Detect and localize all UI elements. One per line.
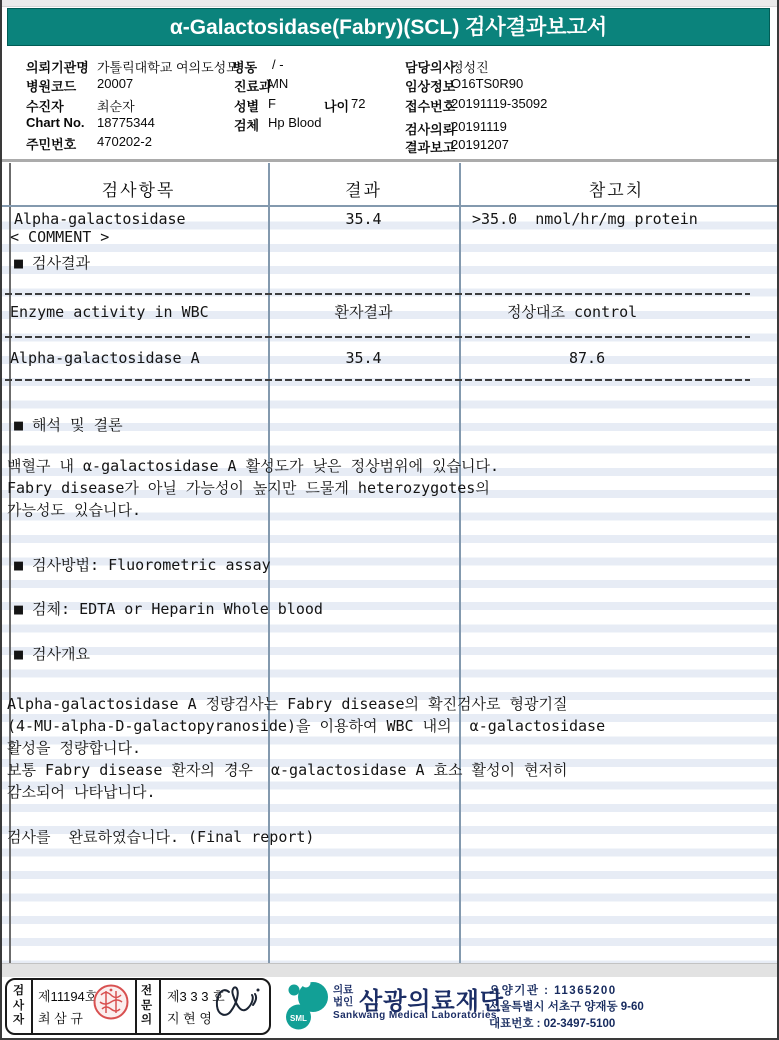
value-chart-no: 18775344	[97, 115, 155, 130]
wbc-row-item: Alpha-galactosidase A	[10, 350, 200, 367]
label-sex: 성별	[234, 96, 259, 115]
org-name-english: Sankwang Medical Laboratories	[333, 1010, 497, 1021]
value-doctor: 정성진	[451, 57, 489, 76]
wbc-row-result: 35.4	[268, 350, 459, 367]
table-header-underline	[2, 205, 777, 207]
report-title: α-Galactosidase(Fabry)(SCL) 검사결과보고서	[7, 8, 770, 46]
table-col-divider-2	[459, 163, 461, 963]
org-phone: 대표번호 : 02-3497-5100	[489, 1015, 615, 1031]
overview-line: 감소되어 나타납니다.	[7, 784, 155, 801]
lab-report-page: α-Galactosidase(Fabry)(SCL) 검사결과보고서 의뢰기관…	[0, 0, 779, 1040]
label-receipt-no: 접수번호	[405, 96, 455, 115]
label-clinical-info: 임상정보	[405, 76, 455, 95]
signer-box-divider	[31, 980, 33, 1033]
specimen-line: ■ 검체: EDTA or Heparin Whole blood	[14, 601, 323, 618]
section-heading-result: ■ 검사결과	[14, 255, 90, 272]
sml-logo-icon: SML	[285, 980, 331, 1034]
value-report-date: 20191207	[451, 137, 509, 152]
care-org-number: 요양기관 : 11365200	[489, 982, 617, 998]
label-chart-no: Chart No.	[26, 115, 85, 130]
label-hospital-code: 병원코드	[26, 76, 76, 95]
label-patient: 수진자	[26, 96, 64, 115]
value-hospital-code: 20007	[97, 76, 133, 91]
value-patient: 최순자	[97, 96, 135, 115]
sml-logo-text: SML	[290, 1014, 307, 1023]
overview-line: 활성을 정량합니다.	[7, 740, 141, 757]
overview-line: Alpha-galactosidase A 정량검사는 Fabry diseas…	[7, 696, 568, 713]
specialist-role: 전문의	[139, 984, 154, 1028]
specialist-name: 지 현 영	[167, 1008, 212, 1027]
signer-box: 검사자 제11194호 최 삼 규 전문의 제3 3 3 호 지 현 영	[5, 978, 271, 1035]
wbc-header-item: Enzyme activity in WBC	[10, 304, 209, 321]
label-ward: 병동	[232, 57, 257, 76]
section-separator	[2, 159, 777, 162]
section-heading-conclusion: ■ 해석 및 결론	[14, 417, 123, 434]
result-value: 35.4	[268, 211, 459, 228]
column-header-reference: 참고치	[459, 176, 774, 201]
value-sex: F	[268, 96, 276, 111]
label-requesting-org: 의뢰기관명	[26, 57, 89, 76]
overview-line: (4-MU-alpha-D-galactopyranoside)을 이용하여 W…	[7, 718, 605, 735]
column-header-item: 검사항목	[9, 176, 268, 201]
conclusion-line: Fabry disease가 아닐 가능성이 높지만 드물게 heterozyg…	[7, 480, 490, 497]
column-header-result: 결과	[268, 176, 459, 201]
wbc-header-reference: 정상대조 control	[507, 304, 637, 321]
wbc-header-result: 환자결과	[268, 304, 459, 321]
top-strip	[2, 0, 777, 7]
org-prefix: 의료법인	[333, 984, 358, 1008]
value-ward: / -	[272, 57, 284, 72]
dashed-separator	[5, 293, 750, 295]
conclusion-line: 가능성도 있습니다.	[7, 502, 141, 519]
examiner-role: 검사자	[11, 984, 26, 1028]
dashed-separator	[5, 379, 750, 381]
section-heading-overview: ■ 검사개요	[14, 646, 90, 663]
signer-box-divider	[159, 980, 161, 1033]
result-item-name: Alpha-galactosidase	[14, 211, 186, 228]
overview-line: 보통 Fabry disease 환자의 경우 α-galactosidase …	[7, 762, 568, 779]
label-department: 진료과	[234, 76, 272, 95]
signer-box-divider	[135, 980, 137, 1033]
value-receipt-no: 20191119-35092	[451, 96, 547, 111]
conclusion-line: 백혈구 내 α-galactosidase A 활성도가 낮은 정상범위에 있습…	[7, 458, 499, 475]
label-resident-no: 주민번호	[26, 134, 76, 153]
wbc-row-reference: 87.6	[569, 350, 605, 367]
label-age: 나이	[324, 96, 349, 115]
label-report-date: 결과보고	[405, 137, 455, 156]
method-line: ■ 검사방법: Fluorometric assay	[14, 557, 271, 574]
label-request-date: 검사의뢰	[405, 119, 455, 138]
footer-separator-band	[2, 963, 777, 977]
value-request-date: 20191119	[451, 119, 507, 134]
specialist-signature-icon	[213, 982, 267, 1026]
value-clinical-info: O16TS0R90	[451, 76, 523, 91]
dashed-separator	[5, 336, 750, 338]
label-doctor: 담당의사	[405, 57, 455, 76]
examiner-name: 최 삼 규	[38, 1008, 83, 1027]
value-age: 72	[351, 96, 365, 111]
comment-label: < COMMENT >	[10, 229, 109, 246]
result-reference: >35.0 nmol/hr/mg protein	[472, 211, 698, 228]
value-resident-no: 470202-2	[97, 134, 152, 149]
value-requesting-org: 가톨릭대학교 여의도성모	[97, 57, 239, 76]
final-report-line: 검사를 완료하였습니다. (Final report)	[7, 829, 314, 846]
org-address: 서울특별시 서초구 양재동 9-60	[489, 998, 644, 1014]
value-department: MN	[268, 76, 288, 91]
examiner-license: 제11194호	[38, 986, 97, 1005]
label-specimen: 검체	[234, 115, 259, 134]
value-specimen: Hp Blood	[268, 115, 321, 130]
examiner-stamp-icon	[92, 983, 130, 1021]
